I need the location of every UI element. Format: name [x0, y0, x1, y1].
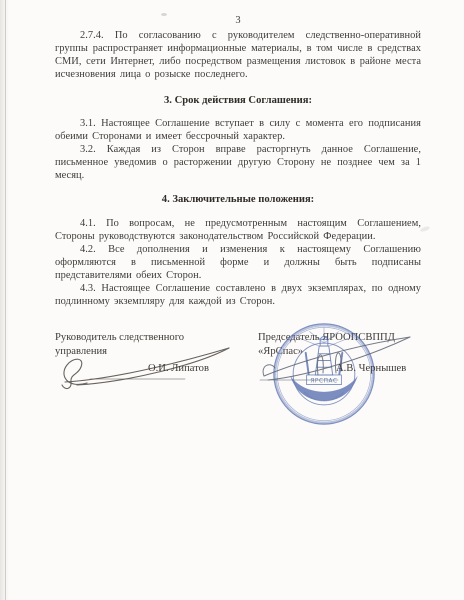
paragraph-4-3: 4.3. Настоящее Соглашение составлено в д… [55, 282, 421, 308]
section-4-heading: 4. Заключительные положения: [55, 193, 421, 206]
paragraph-4-2: 4.2. Все дополнения и изменения к настоя… [55, 243, 421, 282]
scan-edge-line [5, 0, 6, 600]
paragraph-3-2: 3.2. Каждая из Сторон вправе расторгнуть… [55, 143, 421, 182]
signature-block: Руководитель следственного управления Пр… [55, 329, 421, 479]
paragraph-3-1: 3.1. Настоящее Соглашение вступает в сил… [55, 117, 421, 143]
scan-speck [420, 225, 431, 232]
signature-left-autograph [57, 345, 237, 401]
document-content: 3 2.7.4. По согласованию с руководителем… [55, 15, 421, 479]
scanned-document-page: 3 2.7.4. По согласованию с руководителем… [0, 0, 464, 600]
signatory-name-left: О.И. Липатов [148, 362, 209, 375]
paragraph-2-7-4: 2.7.4. По согласованию с руководителем с… [55, 29, 421, 81]
paragraph-4-1: 4.1. По вопросам, не предусмотренным нас… [55, 217, 421, 243]
page-number: 3 [55, 15, 421, 27]
signatory-name-right: А.В. Чернышев [336, 362, 406, 375]
section-3-heading: 3. Срок действия Соглашения: [55, 94, 421, 107]
